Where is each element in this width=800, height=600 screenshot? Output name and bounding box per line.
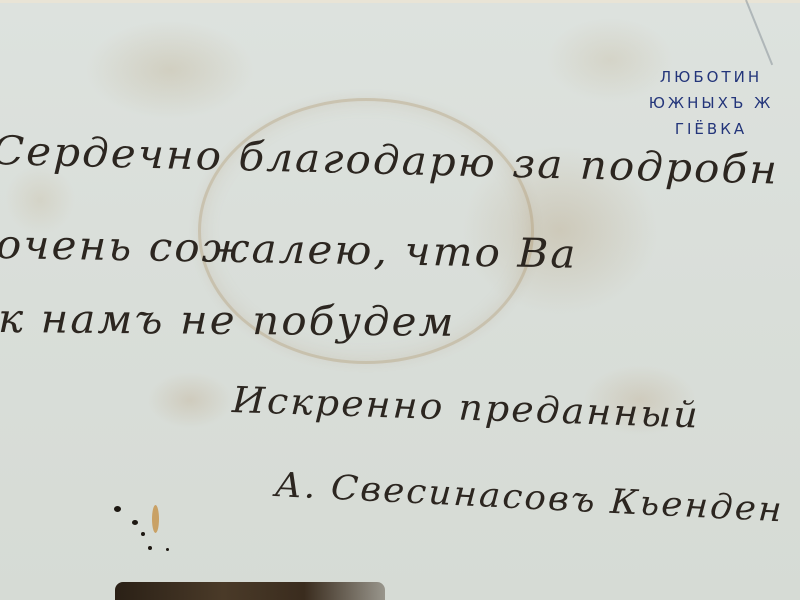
handwritten-line-3: к намъ не побудем bbox=[0, 296, 456, 346]
paper-top-edge bbox=[0, 0, 800, 3]
letterhead-line-3: ГІЁВКА bbox=[616, 116, 800, 142]
ink-spot bbox=[141, 532, 145, 536]
handwritten-line-2: очень сожалею, что Ва bbox=[0, 222, 578, 278]
letterhead-line-2: ЮЖНЫХЪ Ж bbox=[616, 90, 800, 116]
ink-spot bbox=[114, 506, 121, 512]
letterhead-line-1: ЛЮБОТИН bbox=[616, 64, 800, 90]
yellow-drip-stain bbox=[152, 505, 159, 533]
ink-spot bbox=[166, 548, 169, 551]
printed-letterhead: ЛЮБОТИН ЮЖНЫХЪ Ж ГІЁВКА bbox=[616, 64, 800, 142]
bottom-ink-smudge bbox=[115, 582, 385, 600]
ink-spot bbox=[132, 520, 138, 525]
ink-spot bbox=[148, 546, 152, 550]
